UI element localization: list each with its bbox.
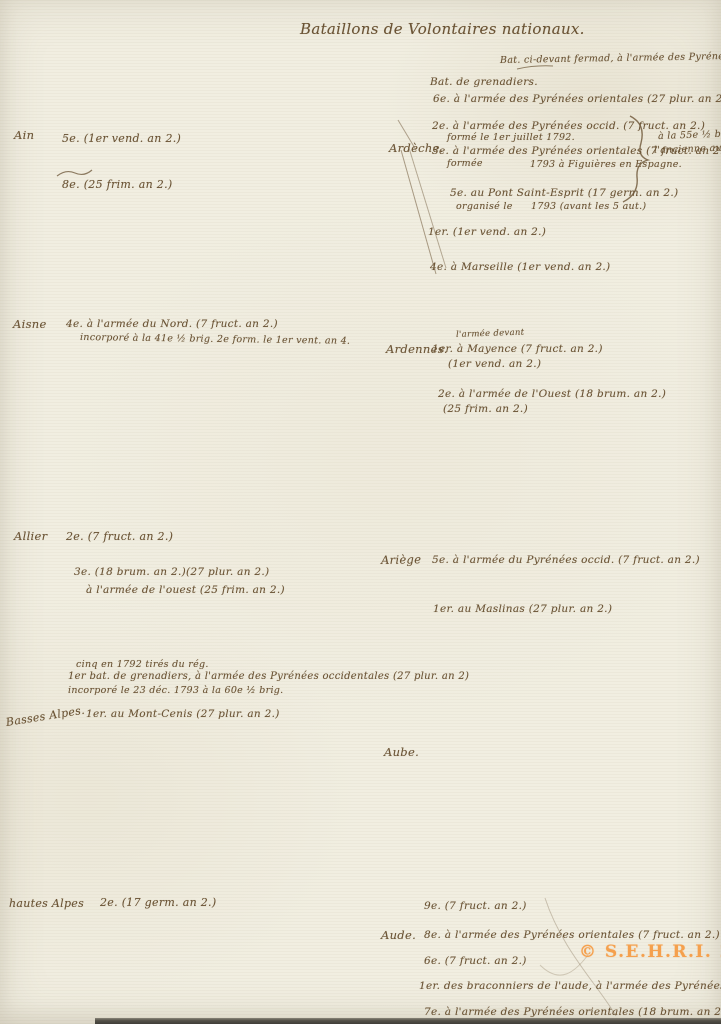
entry-allier-3e-note: à l'armée de l'ouest (25 frim. an 2.) bbox=[86, 584, 285, 596]
connector-stroke bbox=[401, 150, 436, 274]
entry-aisne-4e-note: incorporé à la 41e ½ brig. 2e form. le 1… bbox=[80, 332, 350, 347]
entry-aude-6e: 6e. (7 fruct. an 2.) bbox=[424, 955, 527, 967]
brace-note-1: à la 55e ½ brig. bbox=[658, 128, 721, 142]
label-allier: Allier bbox=[14, 529, 47, 543]
entry-allier-2e: 2e. (7 fruct. an 2.) bbox=[66, 530, 173, 543]
label-hautes-alpes: hautes Alpes bbox=[9, 897, 84, 910]
entry-ci-devant: Bat. ci-devant fermad, à l'armée des Pyr… bbox=[500, 50, 721, 66]
entry-ariege-1er: 1er. au Maslinas (27 plur. an 2.) bbox=[433, 603, 612, 615]
note-basses-alpes-2: 1er bat. de grenadiers, à l'armée des Py… bbox=[68, 671, 469, 682]
entry-grenadiers: Bat. de grenadiers. bbox=[430, 76, 538, 88]
entry-ardeche-4e: 4e. à Marseille (1er vend. an 2.) bbox=[430, 261, 610, 273]
entry-aude-9e: 9e. (7 fruct. an 2.) bbox=[424, 900, 527, 912]
entry-ardennes-1er-note: (1er vend. an 2.) bbox=[448, 358, 541, 370]
entry-ardeche-5e: 5e. au Pont Saint-Esprit (17 germ. an 2.… bbox=[450, 187, 678, 199]
entry-basses-alpes-1er: 1er. au Mont-Cenis (27 plur. an 2.) bbox=[86, 708, 280, 720]
entry-aisne-4e: 4e. à l'armée du Nord. (7 fruct. an 2.) bbox=[66, 318, 278, 330]
entry-ain-8e: 8e. (25 frim. an 2.) bbox=[62, 178, 172, 191]
page-title: Bataillons de Volontaires nationaux. bbox=[300, 20, 585, 38]
label-aisne: Aisne bbox=[13, 317, 47, 331]
underline-stroke bbox=[517, 66, 553, 69]
entry-hautes-alpes-2e: 2e. (17 germ. an 2.) bbox=[100, 896, 216, 909]
scan-edge bbox=[95, 1018, 721, 1024]
note-basses-alpes-3: incorporé le 23 déc. 1793 à la 60e ½ bri… bbox=[68, 685, 284, 696]
label-ain: Ain bbox=[14, 128, 34, 142]
entry-6e-pyrenees: 6e. à l'armée des Pyrénées orientales (2… bbox=[433, 93, 721, 105]
sehri-watermark: © S.E.H.R.I. 2016 bbox=[579, 942, 721, 962]
entry-allier-3e: 3e. (18 brum. an 2.)(27 plur. an 2.) bbox=[74, 566, 269, 578]
entry-ardeche-5e-note-a: organisé le bbox=[456, 201, 513, 212]
entry-ardennes-1er-sup: l'armée devant bbox=[456, 328, 525, 340]
entry-ariege-5e: 5e. à l'armée du Pyrénées occid. (7 fruc… bbox=[432, 554, 700, 566]
note-basses-alpes-1: cinq en 1792 tirés du rég. bbox=[76, 659, 209, 670]
entry-aude-1er: 1er. des braconniers de l'aude, à l'armé… bbox=[419, 980, 721, 992]
connector-stroke bbox=[409, 148, 446, 268]
entry-ain-5e: 5e. (1er vend. an 2.) bbox=[62, 132, 181, 145]
entry-ardeche-2e-note: formé le 1er juillet 1792. bbox=[447, 132, 575, 143]
entry-ardennes-1er: 1er. à Mayence (7 fruct. an 2.) bbox=[432, 343, 603, 355]
entry-ardennes-2e: 2e. à l'armée de l'Ouest (18 brum. an 2.… bbox=[438, 388, 666, 400]
scanned-manuscript-page: Bataillons de Volontaires nationaux. Bat… bbox=[0, 0, 721, 1024]
label-basses-alpes: Basses Alpes. bbox=[5, 704, 86, 729]
label-ariege: Ariège bbox=[381, 552, 422, 567]
label-aube: Aube. bbox=[384, 745, 419, 759]
brace-note-2: l'ancienne au bbox=[654, 143, 721, 156]
entry-ardeche-3e-note-a: formée bbox=[447, 158, 483, 169]
entry-ardennes-2e-note: (25 frim. an 2.) bbox=[443, 403, 528, 415]
flourish-stroke bbox=[57, 170, 92, 176]
entry-ardeche-1er: 1er. (1er vend. an 2.) bbox=[428, 226, 546, 238]
entry-ardeche-5e-note-b: 1793 (avant les 5 aut.) bbox=[531, 201, 646, 212]
entry-ardeche-3e-note-b: 1793 à Figuières en Espagne. bbox=[530, 159, 682, 170]
label-aude: Aude. bbox=[381, 928, 416, 942]
entry-aude-7e: 7e. à l'armée des Pyrénées orientales (1… bbox=[424, 1006, 721, 1018]
entry-aude-8e: 8e. à l'armée des Pyrénées orientales (7… bbox=[424, 929, 720, 941]
